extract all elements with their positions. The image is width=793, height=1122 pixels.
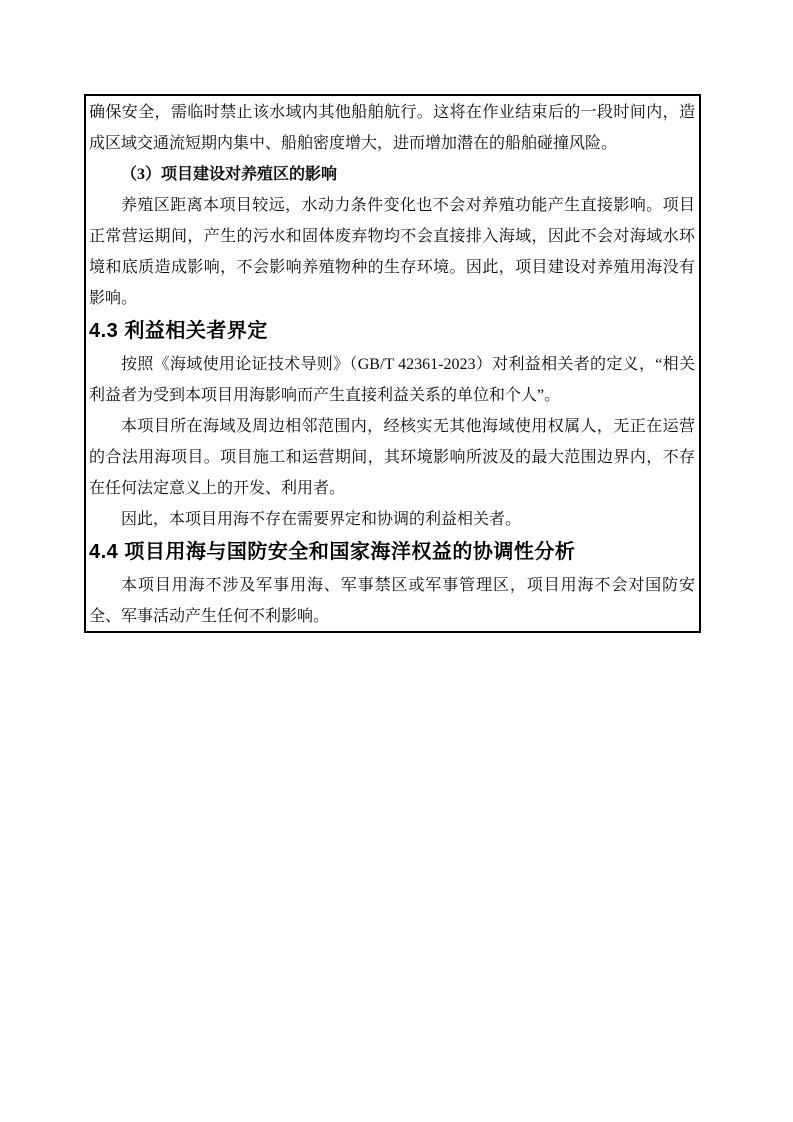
paragraph-military-use: 本项目用海不涉及军事用海、军事禁区或军事管理区，项目用海不会对国防安全、军事活动… — [89, 570, 695, 632]
paragraph-aquaculture-impact-body: 养殖区距离本项目较远，水动力条件变化也不会对养殖功能产生直接影响。项目正常营运期… — [89, 190, 695, 314]
heading-4-4-national-defense-coordination: 4.4 项目用海与国防安全和国家海洋权益的协调性分析 — [89, 535, 695, 570]
heading-4-3-stakeholder-definition: 4.3 利益相关者界定 — [89, 314, 695, 349]
paragraph-vessel-collision-risk: 确保安全，需临时禁止该水域内其他船舶航行。这将在作业结束后的一段时间内，造成区域… — [89, 97, 695, 159]
paragraph-territorial-sea: 本项目用海不涉及领海基点及国家秘密，不会对国家海洋权益造成损害。 — [89, 632, 695, 633]
paragraph-stakeholder-conclusion: 因此，本项目用海不存在需要界定和协调的利益相关者。 — [89, 504, 695, 535]
paragraph-stakeholder-definition: 按照《海域使用论证技术导则》（GB/T 42361-2023）对利益相关者的定义… — [89, 349, 695, 411]
document-page: 确保安全，需临时禁止该水域内其他船舶航行。这将在作业结束后的一段时间内，造成区域… — [0, 0, 793, 1122]
subheading-aquaculture-impact: （3）项目建设对养殖区的影响 — [89, 159, 695, 190]
content-table-cell: 确保安全，需临时禁止该水域内其他船舶航行。这将在作业结束后的一段时间内，造成区域… — [84, 94, 701, 633]
paragraph-no-rights-holders: 本项目所在海域及周边相邻范围内，经核实无其他海域使用权属人，无正在运营的合法用海… — [89, 411, 695, 504]
